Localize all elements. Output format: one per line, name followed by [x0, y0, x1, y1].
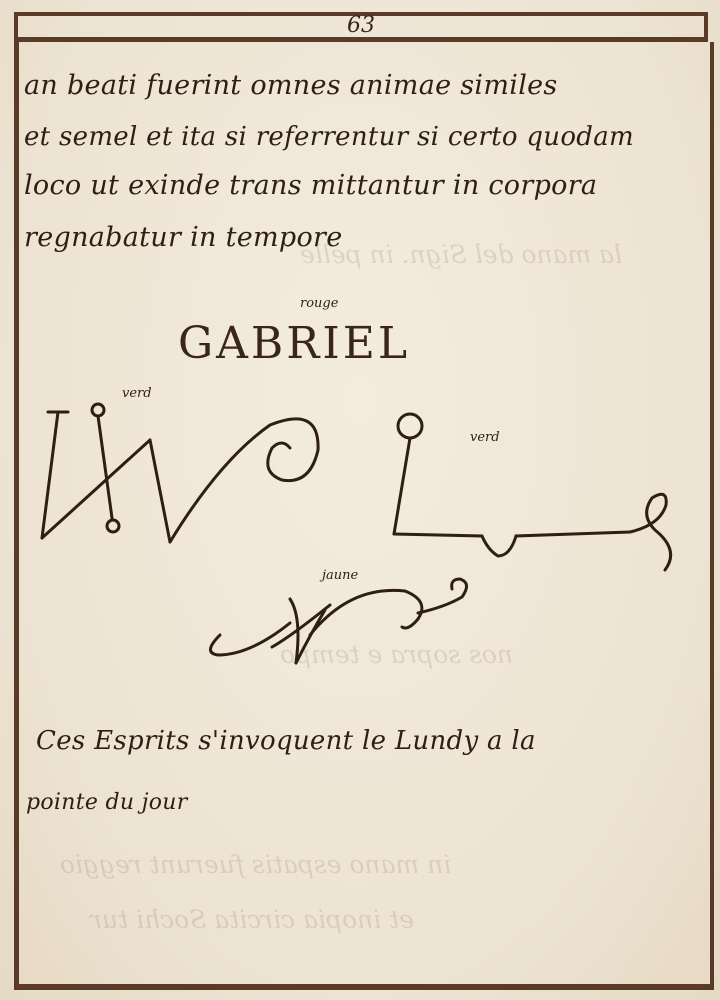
latin-line-3: loco ut exinde trans mittantur in corpor… [24, 170, 597, 201]
sigil-left-icon [20, 380, 360, 560]
latin-line-2: et semel et ita si referrentur si certo … [24, 122, 634, 152]
page-number: 63 [18, 13, 704, 38]
color-annotation-rouge: rouge [300, 296, 338, 311]
sigil-bottom-icon [180, 555, 500, 675]
manuscript-page: la mano del Sign. in pelle nos sopra e t… [0, 0, 720, 1000]
latin-line-4: regnabatur in tempore [24, 222, 343, 253]
latin-line-1: an beati fuerint omnes animae similes [24, 70, 558, 101]
sigil-right-icon [360, 390, 690, 570]
page-number-box: 63 [14, 12, 708, 42]
spirit-name: GABRIEL [178, 318, 410, 369]
french-line-1: Ces Esprits s'invoquent le Lundy a la [36, 726, 536, 756]
french-line-2: pointe du jour [26, 790, 188, 815]
